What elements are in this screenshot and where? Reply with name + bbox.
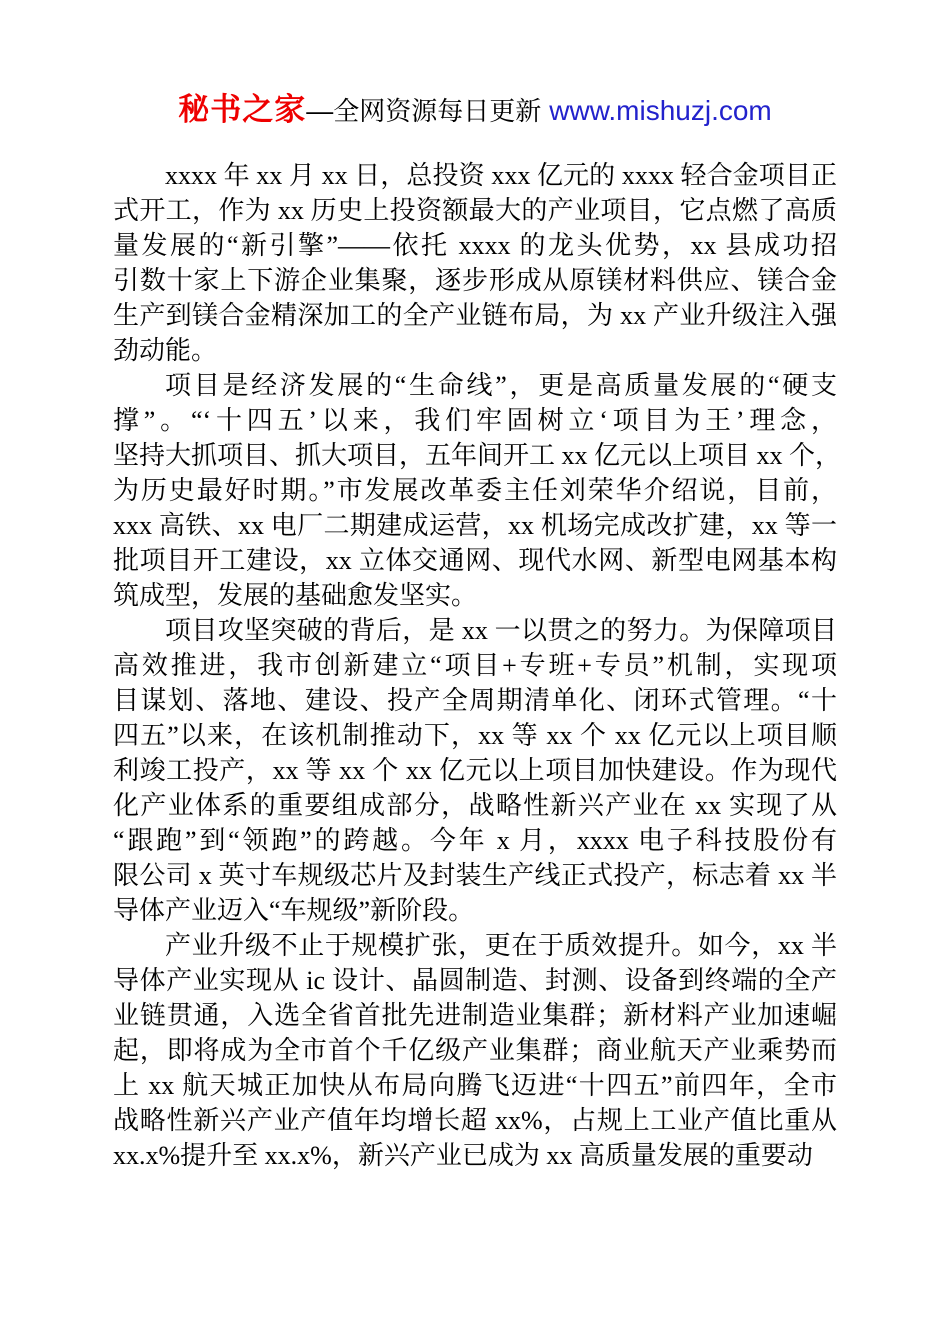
text-line: 战略性新兴产业产值年均增长超 xx%，占规上工业产值比重从 — [113, 1103, 837, 1138]
text-line: 高效推进，我市创新建立“项目+专班+专员”机制，实现项 — [113, 648, 837, 683]
site-tagline: 全网资源每日更新 — [333, 96, 541, 126]
text-line: “跟跑”到“领跑”的跨越。今年 x 月，xxxx 电子科技股份有 — [113, 823, 837, 858]
text-line: 业链贯通，入选全省首批先进制造业集群；新材料产业加速崛 — [113, 998, 837, 1033]
text-line: 目谋划、落地、建设、投产全周期清单化、闭环式管理。“十 — [113, 683, 837, 718]
text-line: xxxx 年 xx 月 xx 日，总投资 xxx 亿元的 xxxx 轻合金项目正 — [113, 158, 837, 193]
site-header: 秘书之家—全网资源每日更新www.mishuzj.com — [0, 84, 950, 129]
site-url[interactable]: www.mishuzj.com — [549, 95, 771, 126]
text-line: 项目攻坚突破的背后，是 xx 一以贯之的努力。为保障项目 — [113, 613, 837, 648]
text-line: 引数十家上下游企业集聚，逐步形成从原镁材料供应、镁合金 — [113, 263, 837, 298]
text-line: xx.x%提升至 xx.x%，新兴产业已成为 xx 高质量发展的重要动 — [113, 1138, 837, 1173]
text-line: 导体产业迈入“车规级”新阶段。 — [113, 893, 837, 928]
text-line: 化产业体系的重要组成部分，战略性新兴产业在 xx 实现了从 — [113, 788, 837, 823]
text-line: 产业升级不止于规模扩张，更在于质效提升。如今，xx 半 — [113, 928, 837, 963]
text-line: 筑成型，发展的基础愈发坚实。 — [113, 578, 837, 613]
text-line: 生产到镁合金精深加工的全产业链布局，为 xx 产业升级注入强 — [113, 298, 837, 333]
text-line: 劲动能。 — [113, 333, 837, 368]
document-body: xxxx 年 xx 月 xx 日，总投资 xxx 亿元的 xxxx 轻合金项目正… — [113, 158, 837, 1173]
text-line: 项目是经济发展的“生命线”，更是高质量发展的“硬支 — [113, 368, 837, 403]
text-line: 上 xx 航天城正加快从布局向腾飞迈进“十四五”前四年，全市 — [113, 1068, 837, 1103]
text-line: 撑”。“‘十四五’以来，我们牢固树立‘项目为王’理念， — [113, 403, 837, 438]
text-line: 限公司 x 英寸车规级芯片及封装生产线正式投产，标志着 xx 半 — [113, 858, 837, 893]
text-line: xxx 高铁、xx 电厂二期建成运营，xx 机场完成改扩建，xx 等一 — [113, 508, 837, 543]
text-line: 坚持大抓项目、抓大项目，五年间开工 xx 亿元以上项目 xx 个， — [113, 438, 837, 473]
text-line: 为历史最好时期。”市发展改革委主任刘荣华介绍说，目前， — [113, 473, 837, 508]
text-line: 式开工，作为 xx 历史上投资额最大的产业项目，它点燃了高质 — [113, 193, 837, 228]
document-page: 秘书之家—全网资源每日更新www.mishuzj.com xxxx 年 xx 月… — [0, 0, 950, 1344]
text-line: 导体产业实现从 ic 设计、晶圆制造、封测、设备到终端的全产 — [113, 963, 837, 998]
text-line: 四五”以来，在该机制推动下，xx 等 xx 个 xx 亿元以上项目顺 — [113, 718, 837, 753]
text-line: 量发展的“新引擎”——依托 xxxx 的龙头优势，xx 县成功招 — [113, 228, 837, 263]
site-name: 秘书之家 — [178, 92, 306, 127]
text-line: 批项目开工建设，xx 立体交通网、现代水网、新型电网基本构 — [113, 543, 837, 578]
text-line: 利竣工投产，xx 等 xx 个 xx 亿元以上项目加快建设。作为现代 — [113, 753, 837, 788]
text-line: 起，即将成为全市首个千亿级产业集群；商业航天产业乘势而 — [113, 1033, 837, 1068]
header-dash: — — [306, 96, 333, 126]
